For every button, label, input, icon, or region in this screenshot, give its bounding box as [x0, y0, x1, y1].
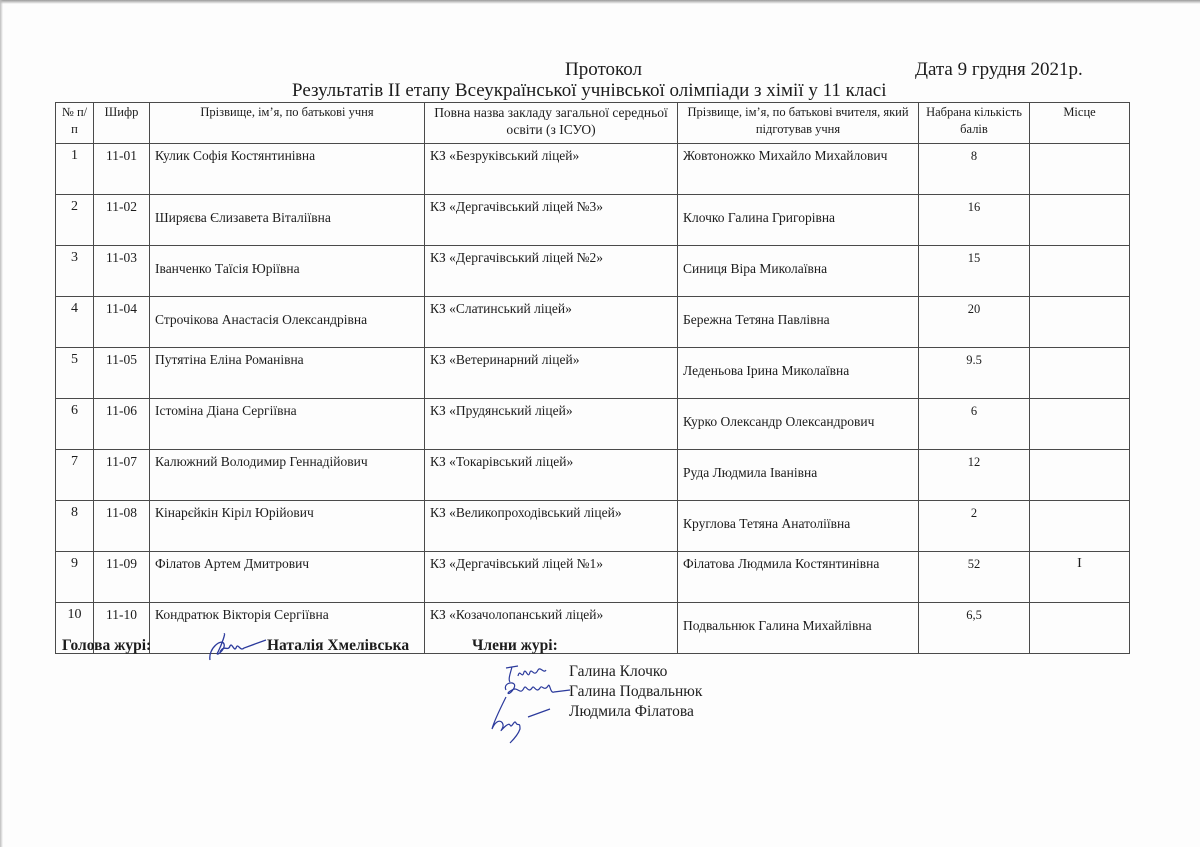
document-date: Дата 9 грудня 2021р.	[915, 59, 1083, 81]
teacher-name-cell: Леденьова Ірина Миколаївна	[678, 348, 919, 399]
student-name-cell: Кулик Софія Костянтинівна	[150, 144, 425, 195]
score-cell: 12	[919, 450, 1030, 501]
score-cell: 16	[919, 195, 1030, 246]
row-number-cell: 3	[56, 246, 94, 297]
jury-member-3: Людмила Філатова	[569, 703, 694, 721]
teacher-name: Руда Людмила Іванівна	[683, 453, 913, 482]
place-cell	[1030, 399, 1130, 450]
column-header-score: Набрана кількість балів	[919, 103, 1030, 144]
teacher-name-cell: Курко Олександр Олександрович	[678, 399, 919, 450]
score: 6,5	[966, 608, 982, 622]
table-row: 311-03Іванченко Таїсія ЮріївнаКЗ «Дергач…	[56, 246, 1130, 297]
table-row: 511-05Путятіна Еліна РоманівнаКЗ «Ветери…	[56, 348, 1130, 399]
teacher-name: Курко Олександр Олександрович	[683, 402, 913, 431]
student-code-cell: 11-02	[94, 195, 150, 246]
student-name: Філатов Артем Дмитрович	[155, 556, 309, 571]
school-name: КЗ «Токарівський ліцей»	[430, 454, 573, 469]
score: 12	[968, 455, 981, 469]
student-code-cell: 11-07	[94, 450, 150, 501]
member-signature-3-icon	[484, 695, 556, 745]
row-number: 7	[71, 454, 78, 469]
score-cell: 15	[919, 246, 1030, 297]
teacher-name: Круглова Тетяна Анатоліївна	[683, 504, 913, 533]
school-name-cell: КЗ «Прудянський ліцей»	[425, 399, 678, 450]
place-cell	[1030, 501, 1130, 552]
student-code: 11-08	[106, 505, 137, 520]
score: 52	[968, 557, 981, 571]
row-number: 2	[71, 199, 78, 214]
student-name: Іванченко Таїсія Юріївна	[155, 249, 419, 278]
column-header-school: Повна назва закладу загальної середньої …	[425, 103, 678, 144]
school-name: КЗ «Козачолопанський ліцей»	[430, 607, 603, 622]
place: I	[1077, 556, 1082, 571]
row-number: 3	[71, 250, 78, 265]
school-name-cell: КЗ «Великопроходівський ліцей»	[425, 501, 678, 552]
teacher-name-cell: Руда Людмила Іванівна	[678, 450, 919, 501]
row-number: 8	[71, 505, 78, 520]
jury-head-label: Голова журі:	[62, 637, 151, 655]
jury-member-2: Галина Подвальнюк	[569, 683, 702, 701]
teacher-name-cell: Бережна Тетяна Павлівна	[678, 297, 919, 348]
student-code: 11-07	[106, 454, 137, 469]
student-name: Кондратюк Вікторія Сергіївна	[155, 607, 329, 622]
row-number-cell: 4	[56, 297, 94, 348]
student-code: 11-03	[106, 250, 137, 265]
table-row: 911-09Філатов Артем ДмитровичКЗ «Дергачі…	[56, 552, 1130, 603]
row-number-cell: 8	[56, 501, 94, 552]
school-name: КЗ «Ветеринарний ліцей»	[430, 352, 579, 367]
row-number: 6	[71, 403, 78, 418]
student-name: Кулик Софія Костянтинівна	[155, 148, 315, 163]
school-name-cell: КЗ «Дергачівський ліцей №2»	[425, 246, 678, 297]
student-name-cell: Строчікова Анастасія Олександрівна	[150, 297, 425, 348]
student-name-cell: Ширяєва Єлизавета Віталіївна	[150, 195, 425, 246]
teacher-name-cell: Круглова Тетяна Анатоліївна	[678, 501, 919, 552]
place-cell	[1030, 144, 1130, 195]
teacher-name: Бережна Тетяна Павлівна	[683, 300, 913, 329]
place-cell	[1030, 603, 1130, 654]
teacher-name: Синиця Віра Миколаївна	[683, 249, 913, 278]
row-number: 5	[71, 352, 78, 367]
school-name: КЗ «Прудянський ліцей»	[430, 403, 573, 418]
student-name: Кінарєйкін Кіріл Юрійович	[155, 505, 314, 520]
score: 2	[971, 506, 977, 520]
jury-head-name: Наталія Хмелівська	[267, 637, 409, 655]
teacher-name: Клочко Галина Григорівна	[683, 198, 913, 227]
row-number: 9	[71, 556, 78, 571]
school-name-cell: КЗ «Слатинський ліцей»	[425, 297, 678, 348]
table-row: 711-07Калюжний Володимир ГеннадійовичКЗ …	[56, 450, 1130, 501]
school-name: КЗ «Слатинський ліцей»	[430, 301, 572, 316]
jury-member-1: Галина Клочко	[569, 663, 667, 681]
school-name-cell: КЗ «Безруківський ліцей»	[425, 144, 678, 195]
student-name-cell: Путятіна Еліна Романівна	[150, 348, 425, 399]
place-cell: I	[1030, 552, 1130, 603]
school-name: КЗ «Дергачівський ліцей №1»	[430, 556, 603, 571]
table-row: 611-06Істоміна Діана СергіївнаКЗ «Прудян…	[56, 399, 1130, 450]
column-header-place: Місце	[1030, 103, 1130, 144]
school-name-cell: КЗ «Дергачівський ліцей №1»	[425, 552, 678, 603]
row-number: 4	[71, 301, 78, 316]
row-number-cell: 5	[56, 348, 94, 399]
row-number-cell: 6	[56, 399, 94, 450]
school-name-cell: КЗ «Дергачівський ліцей №3»	[425, 195, 678, 246]
place-cell	[1030, 348, 1130, 399]
student-code: 11-01	[106, 148, 137, 163]
student-name: Строчікова Анастасія Олександрівна	[155, 300, 419, 329]
school-name: КЗ «Дергачівський ліцей №2»	[430, 250, 603, 265]
table-header-row: № п/п Шифр Прізвище, ім’я, по батькові у…	[56, 103, 1130, 144]
student-code: 11-06	[106, 403, 137, 418]
score-cell: 9.5	[919, 348, 1030, 399]
score: 9.5	[966, 353, 982, 367]
school-name: КЗ «Безруківський ліцей»	[430, 148, 579, 163]
column-header-number: № п/п	[56, 103, 94, 144]
score-cell: 52	[919, 552, 1030, 603]
place-cell	[1030, 297, 1130, 348]
score-cell: 8	[919, 144, 1030, 195]
table-row: 411-04Строчікова Анастасія Олександрівна…	[56, 297, 1130, 348]
school-name-cell: КЗ «Токарівський ліцей»	[425, 450, 678, 501]
student-name: Калюжний Володимир Геннадійович	[155, 454, 368, 469]
scan-left-edge	[0, 0, 3, 847]
school-name-cell: КЗ «Ветеринарний ліцей»	[425, 348, 678, 399]
document-title: Протокол	[565, 59, 642, 81]
place-cell	[1030, 195, 1130, 246]
score: 8	[971, 149, 977, 163]
score-cell: 6	[919, 399, 1030, 450]
student-code-cell: 11-01	[94, 144, 150, 195]
teacher-name-cell: Синиця Віра Миколаївна	[678, 246, 919, 297]
score: 6	[971, 404, 977, 418]
student-code-cell: 11-06	[94, 399, 150, 450]
student-name-cell: Іванченко Таїсія Юріївна	[150, 246, 425, 297]
student-code-cell: 11-04	[94, 297, 150, 348]
teacher-name-cell: Жовтоножко Михайло Михайлович	[678, 144, 919, 195]
row-number-cell: 2	[56, 195, 94, 246]
student-code-cell: 11-05	[94, 348, 150, 399]
student-name-cell: Філатов Артем Дмитрович	[150, 552, 425, 603]
score: 16	[968, 200, 981, 214]
teacher-name: Леденьова Ірина Миколаївна	[683, 351, 913, 380]
teacher-name: Подвальнюк Галина Михайлівна	[683, 606, 913, 635]
score: 15	[968, 251, 981, 265]
student-code: 11-04	[106, 301, 137, 316]
student-code-cell: 11-03	[94, 246, 150, 297]
column-header-code: Шифр	[94, 103, 150, 144]
school-name: КЗ «Дергачівський ліцей №3»	[430, 199, 603, 214]
place-cell	[1030, 246, 1130, 297]
student-code: 11-05	[106, 352, 137, 367]
score-cell: 20	[919, 297, 1030, 348]
row-number-cell: 9	[56, 552, 94, 603]
teacher-name: Філатова Людмила Костянтинівна	[683, 556, 879, 571]
student-name: Істоміна Діана Сергіївна	[155, 403, 297, 418]
score-cell: 2	[919, 501, 1030, 552]
row-number: 10	[68, 607, 82, 622]
student-name: Ширяєва Єлизавета Віталіївна	[155, 198, 419, 227]
student-code-cell: 11-09	[94, 552, 150, 603]
teacher-name-cell: Філатова Людмила Костянтинівна	[678, 552, 919, 603]
document-subtitle: Результатів ІІ етапу Всеукраїнської учні…	[292, 80, 887, 102]
place-cell	[1030, 450, 1130, 501]
table-row: 811-08Кінарєйкін Кіріл ЮрійовичКЗ «Велик…	[56, 501, 1130, 552]
row-number: 1	[71, 148, 78, 163]
head-signature-icon	[200, 630, 270, 666]
student-name: Путятіна Еліна Романівна	[155, 352, 304, 367]
student-code: 11-09	[106, 556, 137, 571]
student-name-cell: Калюжний Володимир Геннадійович	[150, 450, 425, 501]
student-name-cell: Кінарєйкін Кіріл Юрійович	[150, 501, 425, 552]
column-header-student: Прізвище, ім’я, по батькові учня	[150, 103, 425, 144]
teacher-name: Жовтоножко Михайло Михайлович	[683, 148, 887, 163]
results-table: № п/п Шифр Прізвище, ім’я, по батькові у…	[55, 102, 1130, 654]
student-name-cell: Істоміна Діана Сергіївна	[150, 399, 425, 450]
scan-edge	[0, 0, 1200, 4]
student-code: 11-02	[106, 199, 137, 214]
student-code: 11-10	[106, 607, 137, 622]
score-cell: 6,5	[919, 603, 1030, 654]
school-name: КЗ «Великопроходівський ліцей»	[430, 505, 622, 520]
teacher-name-cell: Подвальнюк Галина Михайлівна	[678, 603, 919, 654]
table-row: 211-02Ширяєва Єлизавета ВіталіївнаКЗ «Де…	[56, 195, 1130, 246]
row-number-cell: 7	[56, 450, 94, 501]
jury-members-label: Члени журі:	[472, 637, 558, 655]
student-code-cell: 11-08	[94, 501, 150, 552]
row-number-cell: 1	[56, 144, 94, 195]
table-row: 111-01Кулик Софія КостянтинівнаКЗ «Безру…	[56, 144, 1130, 195]
score: 20	[968, 302, 981, 316]
teacher-name-cell: Клочко Галина Григорівна	[678, 195, 919, 246]
column-header-teacher: Прізвище, ім’я, по батькові вчителя, яки…	[678, 103, 919, 144]
